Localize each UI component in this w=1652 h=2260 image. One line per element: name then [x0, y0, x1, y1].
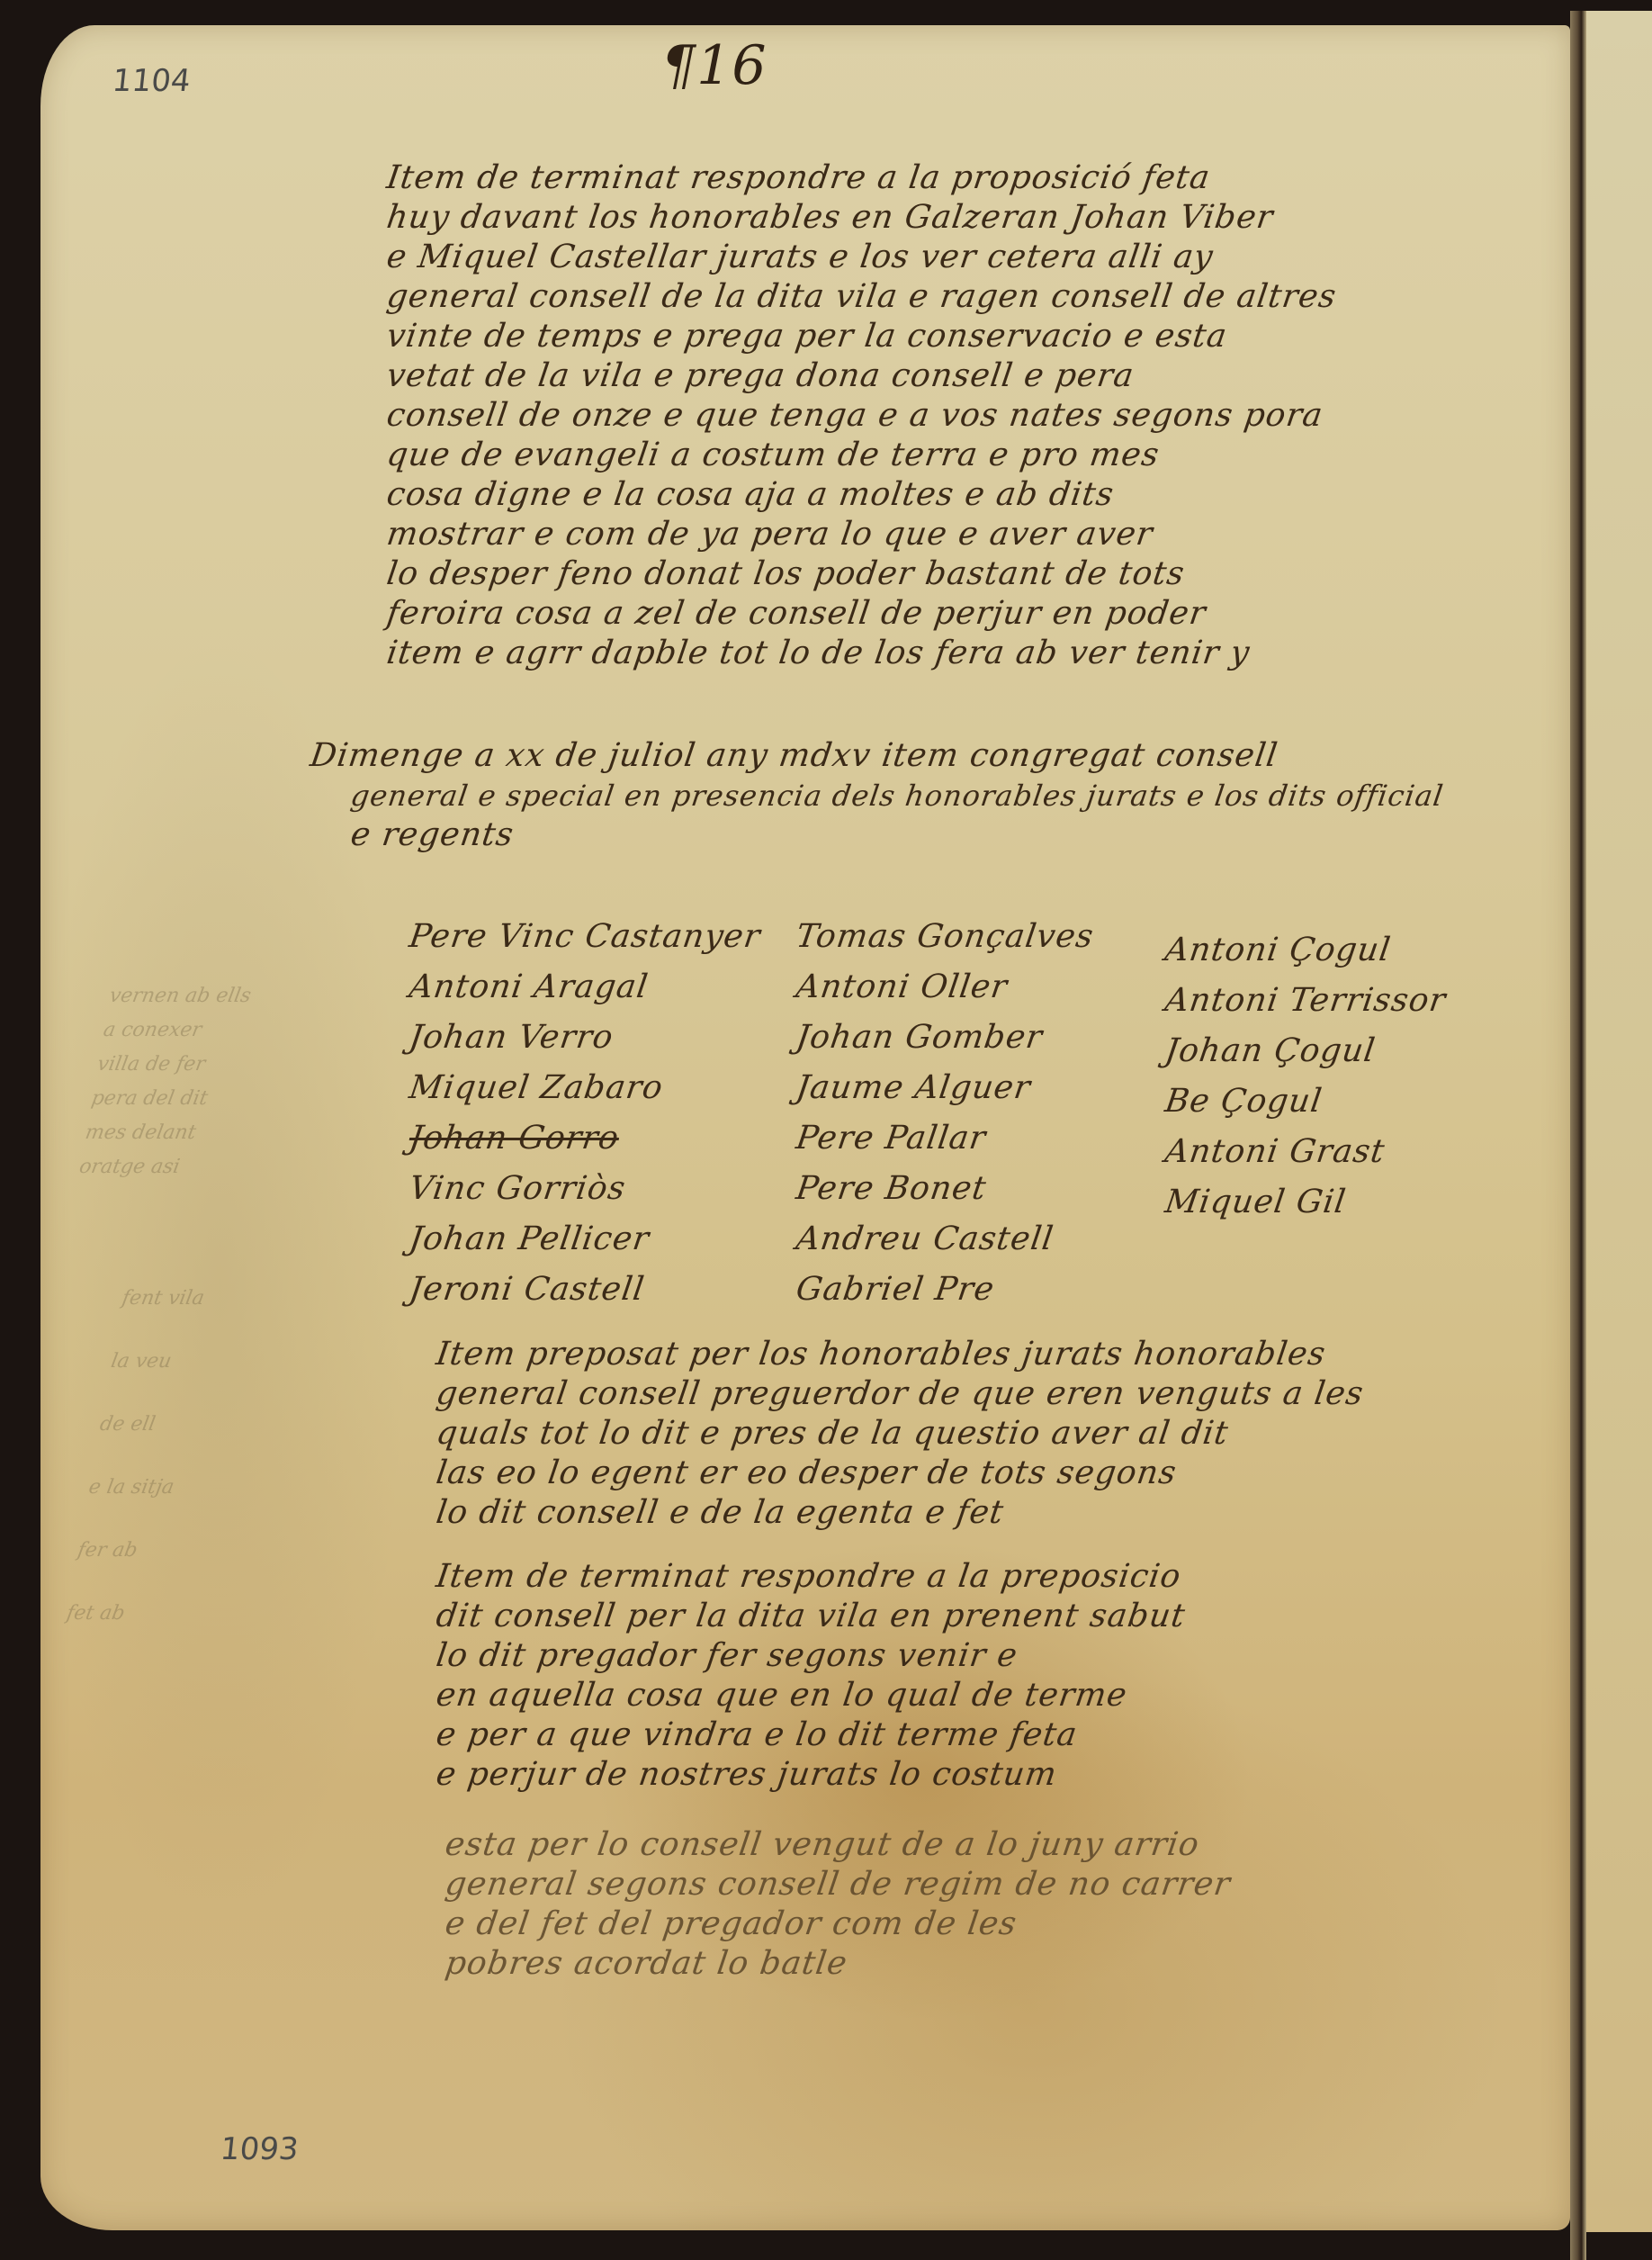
attendee-name: Jaume Alguer	[793, 1063, 1097, 1113]
text-line: vetat de la vila e prega dona consell e …	[384, 356, 1339, 396]
text-line: lo desper feno donat los poder bastant d…	[384, 554, 1339, 594]
text-line: feroira cosa a zel de consell de perjur …	[384, 594, 1339, 634]
manuscript-page: 1104 ¶16 vernen ab ells a conexer villa …	[40, 25, 1570, 2230]
binding-gutter	[1570, 11, 1586, 2260]
folio-mark: ¶16	[661, 34, 768, 97]
attendees-column-1: Pere Vinc Castanyer Antoni Aragal Johan …	[409, 912, 760, 1315]
attendee-name: Antoni Grast	[1162, 1127, 1450, 1177]
text-line: lo dit pregador fer segons venir e	[434, 1636, 1188, 1676]
text-line: quals tot lo dit e pres de la questio av…	[434, 1414, 1366, 1454]
attendee-name: Andreu Castell	[793, 1214, 1097, 1265]
ghost-line: mes delant	[83, 1116, 230, 1150]
text-block-5: esta per lo consell vengut de a lo juny …	[445, 1825, 1230, 1984]
ghost-line: pera del dit	[88, 1082, 236, 1116]
text-line: esta per lo consell vengut de a lo juny …	[443, 1825, 1234, 1865]
attendee-name: Jeroni Castell	[406, 1265, 764, 1315]
attendees-column-2: Tomas Gonçalves Antoni Oller Johan Gombe…	[796, 912, 1093, 1315]
text-line: cosa digne e la cosa aja a moltes e ab d…	[384, 475, 1339, 515]
ghost-line: fet ab	[61, 1582, 157, 1645]
text-line: e perjur de nostres jurats lo costum	[434, 1755, 1188, 1795]
margin-bleedthrough: vernen ab ells a conexer villa de fer pe…	[76, 979, 254, 1184]
attendee-name: Be Çogul	[1162, 1076, 1450, 1127]
attendee-name: Antoni Terrissor	[1162, 976, 1450, 1026]
text-line: e per a que vindra e lo dit terme feta	[434, 1715, 1188, 1755]
ghost-line: de ell	[94, 1393, 191, 1456]
text-block-1: Item de terminat respondre a la proposic…	[387, 158, 1336, 673]
attendee-name: Miquel Gil	[1162, 1177, 1450, 1228]
attendee-name: Pere Bonet	[793, 1164, 1097, 1214]
text-line: Item de terminat respondre a la proposic…	[384, 158, 1339, 198]
margin-bleedthrough-lower: fent vila la veu de ell e la sitja fer a…	[61, 1267, 212, 1645]
attendee-name: Vinc Gorriòs	[406, 1164, 764, 1214]
attendees-column-3: Antoni Çogul Antoni Terrissor Johan Çogu…	[1165, 925, 1446, 1228]
text-line: general segons consell de regim de no ca…	[443, 1865, 1234, 1904]
text-line: item e agrr dapble tot lo de los fera ab…	[384, 634, 1339, 673]
folio-number-pencil-top: 1104	[111, 63, 193, 99]
text-line: que de evangeli a costum de terra e pro …	[384, 436, 1339, 475]
attendee-name: Antoni Oller	[793, 962, 1097, 1013]
text-block-4: Item de terminat respondre a la preposic…	[436, 1557, 1185, 1795]
text-line: Item preposat per los honorables jurats …	[434, 1335, 1366, 1374]
attendee-name: Miquel Zabaro	[406, 1063, 764, 1113]
text-line: e Miquel Castellar jurats e los ver cete…	[384, 238, 1339, 277]
ghost-line: a conexer	[101, 1013, 248, 1048]
attendee-name: Pere Vinc Castanyer	[406, 912, 764, 962]
text-line: huy davant los honorables en Galzeran Jo…	[384, 198, 1339, 238]
text-line: e del fet del pregador com de les	[443, 1904, 1234, 1944]
folio-number-pencil-bottom: 1093	[219, 2131, 301, 2167]
adjacent-page-edge	[1586, 11, 1652, 2232]
attendee-name: Antoni Aragal	[406, 962, 764, 1013]
text-line: general consell de la dita vila e ragen …	[384, 277, 1339, 317]
ghost-line: e la sitja	[84, 1456, 180, 1519]
ghost-line: oratge asi	[76, 1150, 224, 1184]
ghost-line: fent vila	[117, 1267, 213, 1330]
attendee-name: Gabriel Pre	[793, 1265, 1097, 1315]
text-block-3: Item preposat per los honorables jurats …	[436, 1335, 1363, 1533]
attendee-name: Tomas Gonçalves	[793, 912, 1097, 962]
text-line: Item de terminat respondre a la preposic…	[434, 1557, 1188, 1597]
text-line: general consell preguerdor de que eren v…	[434, 1374, 1366, 1414]
ghost-line: la veu	[105, 1330, 202, 1393]
attendee-name: Johan Pellicer	[406, 1214, 764, 1265]
attendee-name: Pere Pallar	[793, 1113, 1097, 1164]
attendee-name: Johan Çogul	[1162, 1026, 1450, 1076]
text-line: Dimenge a xx de juliol any mdxv item con…	[308, 736, 1446, 776]
attendee-name: Johan Verro	[406, 1013, 764, 1063]
text-line: las eo lo egent er eo desper de tots seg…	[434, 1454, 1366, 1493]
text-line: e regents	[308, 815, 1446, 855]
text-line: dit consell per la dita vila en prenent …	[434, 1597, 1188, 1636]
text-line: en aquella cosa que en lo qual de terme	[434, 1676, 1188, 1715]
ghost-line: vernen ab ells	[106, 979, 254, 1013]
attendee-name: Antoni Çogul	[1162, 925, 1450, 976]
text-line: general e special en presencia dels hono…	[308, 776, 1446, 815]
text-line: vinte de temps e prega per la conservaci…	[384, 317, 1339, 356]
text-block-2: Dimenge a xx de juliol any mdxv item con…	[310, 736, 1443, 855]
text-line: mostrar e com de ya pera lo que e aver a…	[384, 515, 1339, 554]
attendee-name-struck: Johan Gorro	[406, 1113, 764, 1164]
ghost-line: villa de fer	[94, 1048, 242, 1082]
text-line: consell de onze e que tenga e a vos nate…	[384, 396, 1339, 436]
ghost-line: fer ab	[72, 1519, 168, 1582]
attendee-name: Johan Gomber	[793, 1013, 1097, 1063]
text-line: lo dit consell e de la egenta e fet	[434, 1493, 1366, 1533]
text-line: pobres acordat lo batle	[443, 1944, 1234, 1984]
